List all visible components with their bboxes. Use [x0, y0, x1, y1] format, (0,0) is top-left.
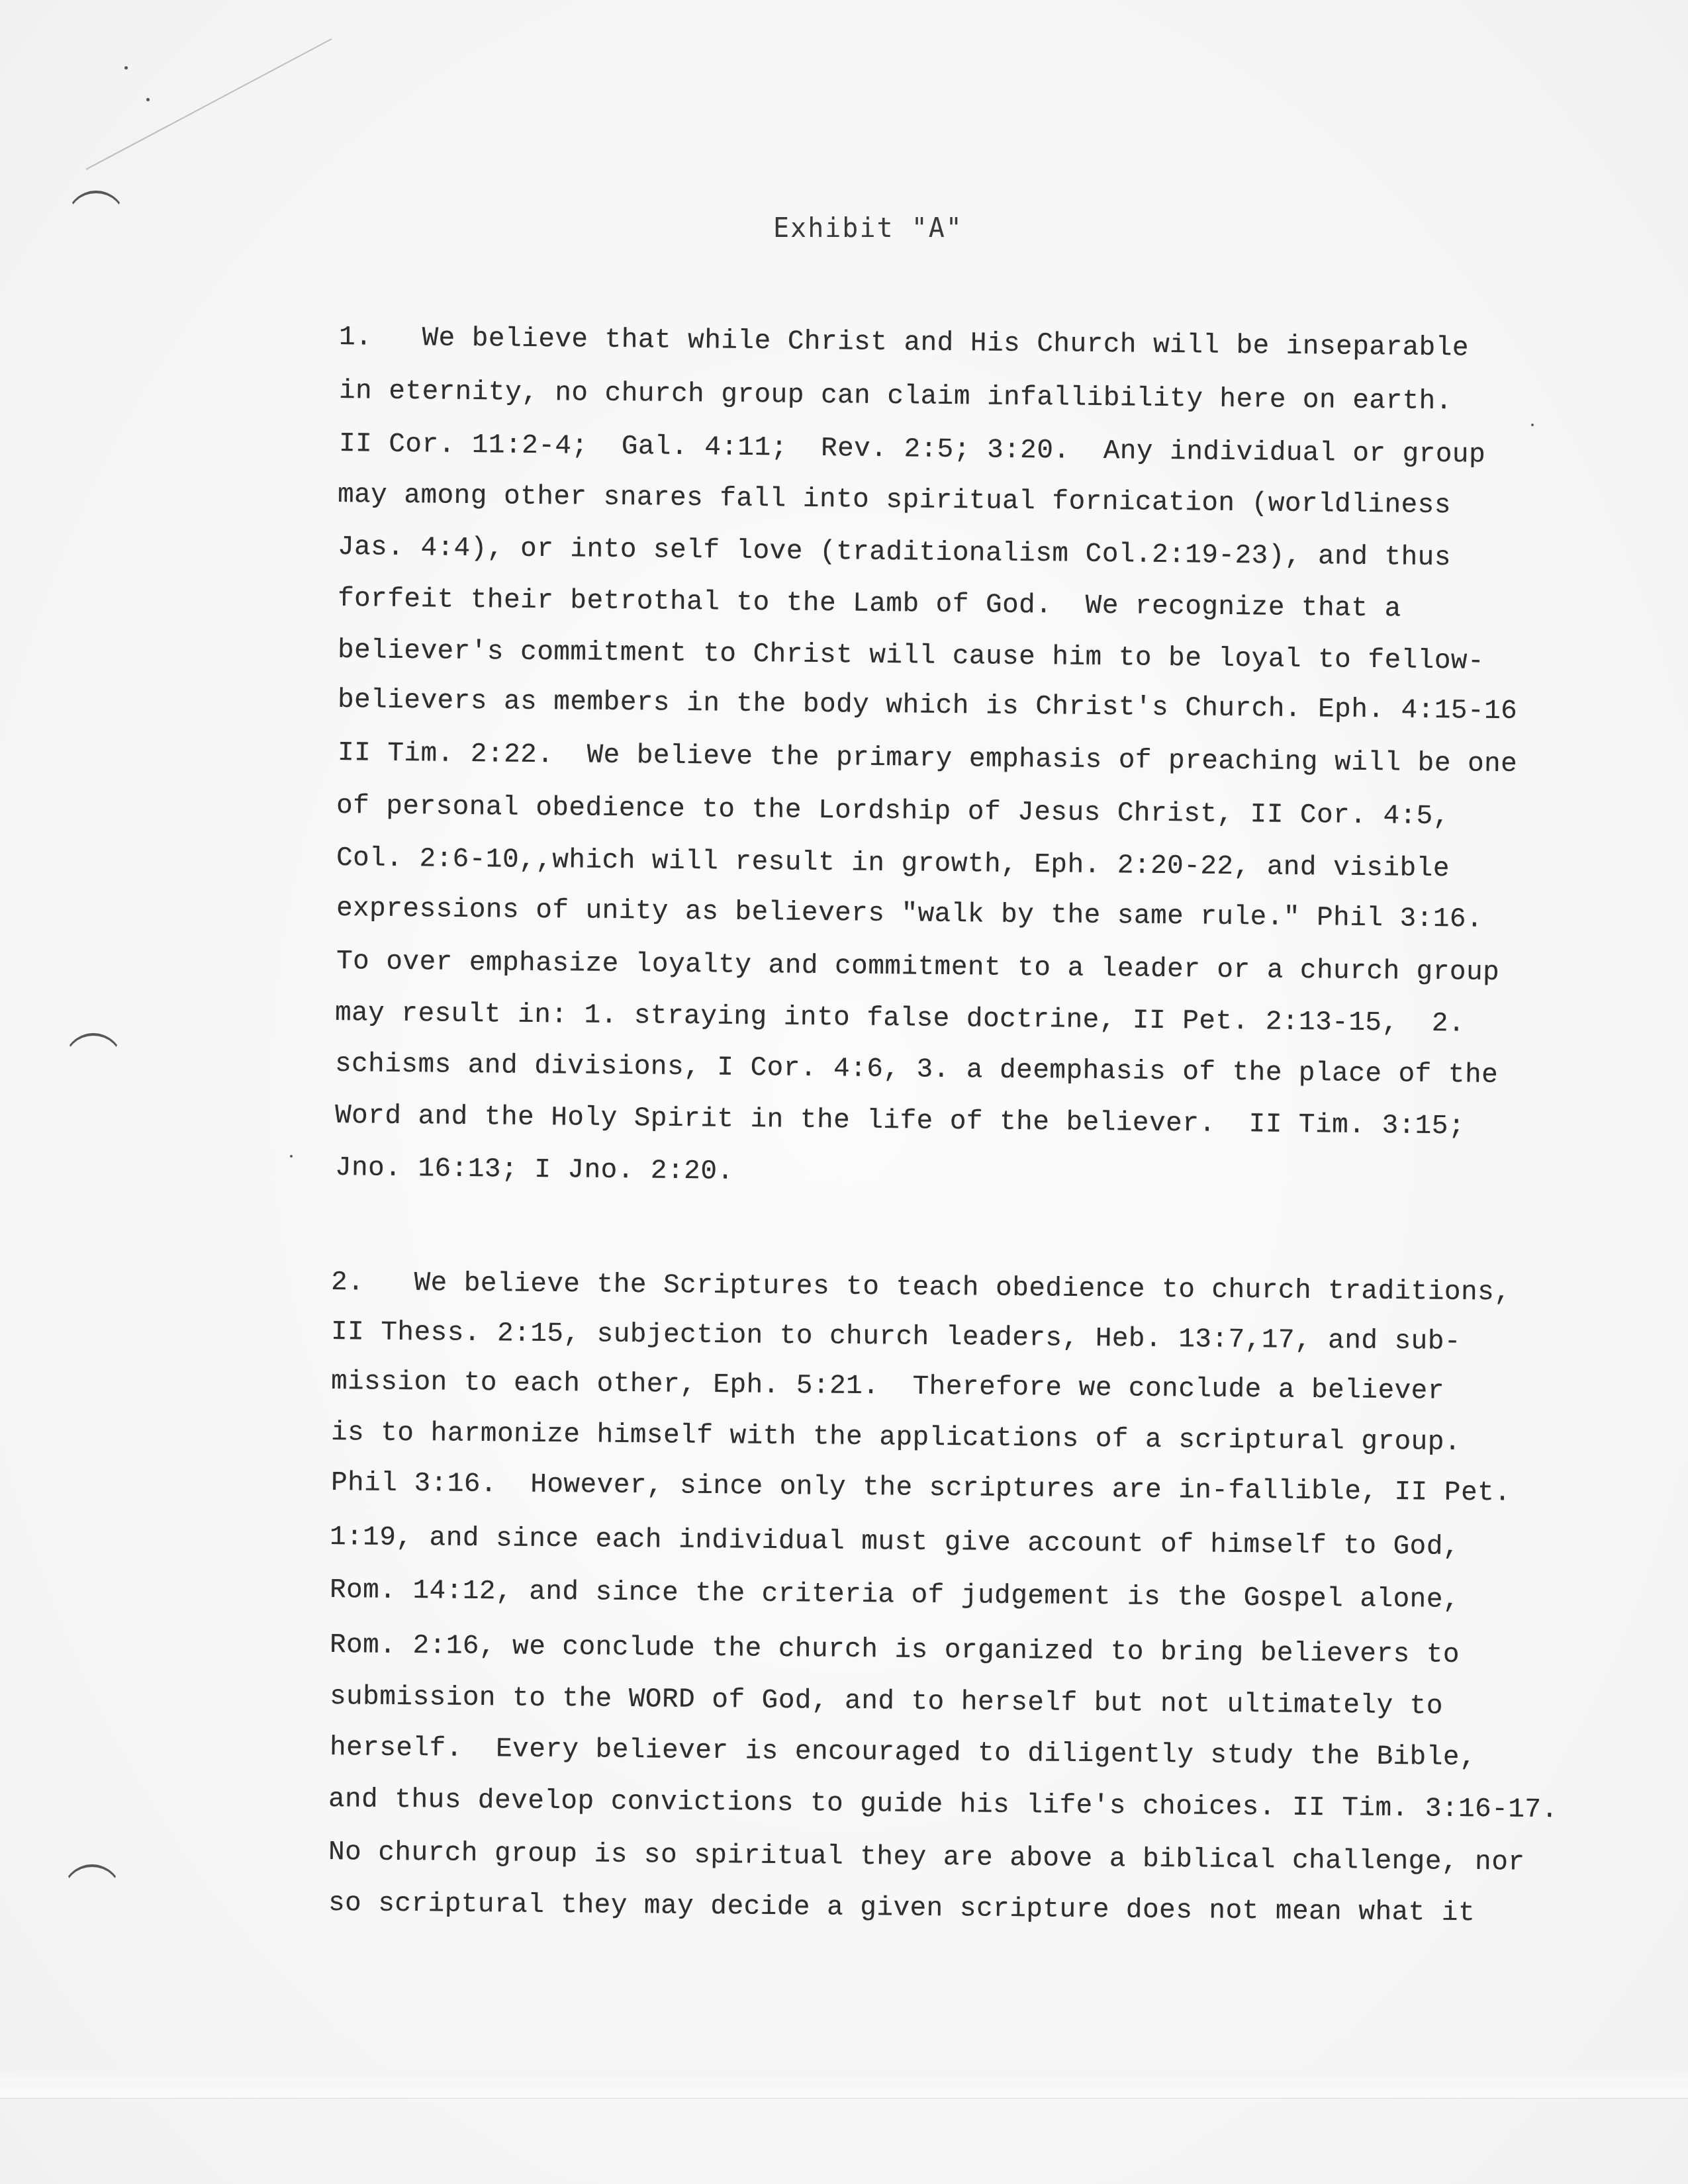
scan-speck: [290, 1155, 293, 1158]
text-line: Col. 2:6-10,,which will result in growth…: [336, 843, 1450, 884]
text-line: in eternity, no church group can claim i…: [339, 376, 1452, 417]
hole-punch-mark: [66, 191, 126, 250]
scan-speck: [146, 98, 150, 101]
text-line: 2. We believe the Scriptures to teach ob…: [331, 1267, 1511, 1308]
text-line: may among other snares fall into spiritu…: [338, 480, 1451, 521]
text-line: 1:19, and since each individual must giv…: [330, 1522, 1460, 1563]
text-line: of personal obedience to the Lordship of…: [336, 791, 1450, 832]
text-line: Rom. 2:16, we conclude the church is org…: [330, 1630, 1460, 1670]
text-line: believer's commitment to Christ will cau…: [338, 635, 1485, 677]
text-line: Phil 3:16. However, since only the scrip…: [331, 1468, 1511, 1509]
scan-scratch: [86, 38, 332, 170]
text-line: forfeit their betrothal to the Lamb of G…: [338, 584, 1401, 624]
text-line: mission to each other, Eph. 5:21. Theref…: [331, 1367, 1444, 1407]
scan-speck: [1531, 424, 1534, 426]
text-line: expressions of unity as believers "walk …: [336, 893, 1483, 935]
text-line: Jno. 16:13; I Jno. 2:20.: [335, 1153, 734, 1187]
text-line: submission to the WORD of God, and to he…: [330, 1682, 1443, 1722]
text-line: II Cor. 11:2-4; Gal. 4:11; Rev. 2:5; 3:2…: [339, 429, 1486, 471]
text-line: II Tim. 2:22. We believe the primary emp…: [338, 738, 1518, 780]
text-line: Rom. 14:12, and since the criteria of ju…: [330, 1575, 1460, 1615]
text-line: is to harmonize himself with the applica…: [331, 1418, 1461, 1458]
text-line: 1. We believe that while Christ and His …: [339, 322, 1469, 363]
text-line: believers as members in the body which i…: [338, 685, 1518, 727]
text-line: Jas. 4:4), or into self love (traditiona…: [338, 532, 1451, 573]
text-line: II Thess. 2:15, subjection to church lea…: [331, 1317, 1461, 1357]
text-line: To over emphasize loyalty and commitment…: [336, 946, 1500, 988]
text-line: schisms and divisions, I Cor. 4:6, 3. a …: [335, 1049, 1499, 1091]
scan-bottom-edge: [0, 2071, 1688, 2099]
hole-punch-mark: [62, 1864, 122, 1924]
text-line: herself. Every believer is encouraged to…: [330, 1733, 1477, 1773]
text-line: so scriptural they may decide a given sc…: [328, 1888, 1476, 1929]
scanned-page: Exhibit "A" 1. We believe that while Chr…: [0, 0, 1688, 2184]
text-line: No church group is so spiritual they are…: [328, 1837, 1525, 1878]
text-line: Word and the Holy Spirit in the life of …: [335, 1101, 1465, 1142]
document-title: Exhibit "A": [773, 213, 963, 244]
text-line: may result in: 1. straying into false do…: [335, 998, 1465, 1039]
hole-punch-mark: [64, 1033, 123, 1093]
scan-speck: [124, 66, 128, 69]
text-line: and thus develop convictions to guide hi…: [328, 1784, 1558, 1825]
